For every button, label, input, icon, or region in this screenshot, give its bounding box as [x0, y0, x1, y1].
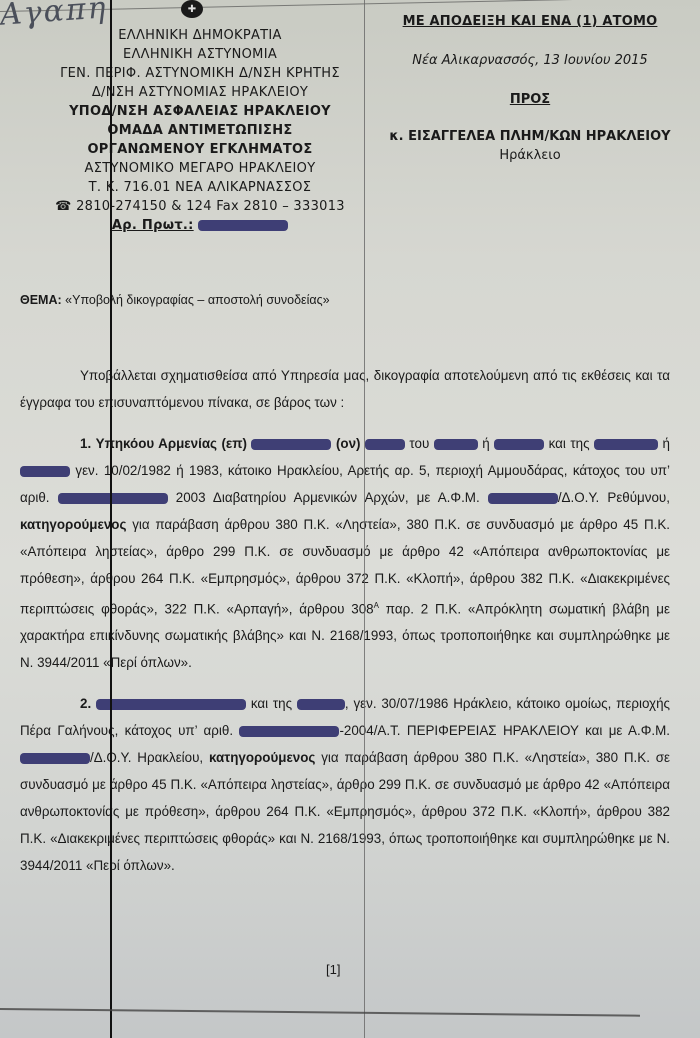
redaction-mark — [58, 493, 168, 504]
redaction-mark — [494, 439, 544, 450]
accused-item-1: 1. Υπηκόου Αρμενίας (επ) (ον) του ή και … — [20, 430, 670, 676]
phone-line: ☎ 2810-274150 & 124 Fax 2810 – 333013 — [40, 197, 360, 216]
delivery-notice: ΜΕ ΑΠΟΔΕΙΞΗ ΚΑΙ ΕΝΑ (1) ΑΤΟΜΟ — [380, 14, 680, 29]
document-date: Νέα Αλικαρνασσός, 13 Ιουνίου 2015 — [380, 53, 680, 68]
redaction-mark — [365, 439, 405, 450]
redaction-mark — [251, 439, 331, 450]
superscript: Α — [374, 601, 379, 610]
greek-coat-of-arms-icon: ✚ — [181, 0, 203, 18]
subject-text: «Υποβολή δικογραφίας – αποστολή συνοδεία… — [65, 293, 329, 307]
address-line: ΑΣΤΥΝΟΜΙΚΟ ΜΕΓΑΡΟ ΗΡΑΚΛΕΙΟΥ — [40, 159, 360, 178]
authority-line: ΓΕΝ. ΠΕΡΙΦ. ΑΣΤΥΝΟΜΙΚΗ Δ/ΝΣΗ ΚΡΗΤΗΣ — [40, 64, 360, 83]
page-number: [1] — [326, 962, 340, 977]
subject-label: ΘΕΜΑ: — [20, 293, 62, 307]
phone-icon: ☎ — [55, 199, 72, 214]
authority-line: ΕΛΛΗΝΙΚΗ ΑΣΤΥΝΟΜΙΑ — [40, 45, 360, 64]
item-text: 2003 Διαβατηρίου Αρμενικών Αρχών, με Α.Φ… — [176, 490, 480, 505]
subject-line: ΘΕΜΑ: «Υποβολή δικογραφίας – αποστολή συ… — [20, 293, 330, 307]
fold-line — [110, 0, 112, 1038]
redaction-mark — [434, 439, 478, 450]
item-text: (ον) — [336, 436, 361, 451]
item-text: για παράβαση άρθρου 380 Π.Κ. «Ληστεία», … — [20, 750, 670, 873]
protocol-number: Αρ. Πρωτ.: — [40, 216, 360, 235]
authority-line-bold: ΟΡΓΑΝΩΜΕΝΟΥ ΕΓΚΛΗΜΑΤΟΣ — [40, 140, 360, 159]
phone-numbers: 2810-274150 & 124 Fax 2810 – 333013 — [76, 199, 345, 214]
redaction-mark — [96, 699, 246, 710]
recipient-header: ΜΕ ΑΠΟΔΕΙΞΗ ΚΑΙ ΕΝΑ (1) ΑΤΟΜΟ Νέα Αλικαρ… — [380, 14, 680, 163]
item-text: του — [409, 436, 429, 451]
recipient-city: Ηράκλειο — [380, 148, 680, 163]
authority-line-bold: ΥΠΟΔ/ΝΣΗ ΑΣΦΑΛΕΙΑΣ ΗΡΑΚΛΕΙΟΥ — [40, 102, 360, 121]
fold-line — [364, 0, 365, 1038]
item-text: και της — [549, 436, 590, 451]
item-text: ή — [482, 436, 489, 451]
intro-paragraph: Υποβάλλεται σχηματισθείσα από Υπηρεσία μ… — [20, 362, 670, 416]
accused-item-2: 2. και της , γεν. 30/07/1986 Ηράκλειο, κ… — [20, 690, 670, 879]
scanned-document-page: Αγαπη ✚ ΕΛΛΗΝΙΚΗ ΔΗΜΟΚΡΑΤΙΑ ΕΛΛΗΝΙΚΗ ΑΣΤ… — [0, 0, 700, 1038]
authority-line-bold: ΟΜΑΔΑ ΑΝΤΙΜΕΤΩΠΙΣΗΣ — [40, 121, 360, 140]
item-text: και της — [251, 696, 292, 711]
item-text: -2004/Α.Τ. ΠΕΡΙΦΕΡΕΙΑΣ ΗΡΑΚΛΕΙΟΥ και με … — [339, 723, 670, 738]
item-text: /Δ.Ο.Υ. Ρεθύμνου, — [558, 490, 670, 505]
item-number: 1. — [80, 436, 91, 451]
item-text: ή — [662, 436, 669, 451]
redaction-mark — [20, 466, 70, 477]
address-line: Τ. Κ. 716.01 ΝΕΑ ΑΛΙΚΑΡΝΑΣΣΟΣ — [40, 178, 360, 197]
redaction-mark — [239, 726, 339, 737]
fold-line — [0, 1008, 640, 1017]
redaction-mark — [297, 699, 345, 710]
redaction-mark — [594, 439, 658, 450]
to-label: ΠΡΟΣ — [380, 92, 680, 107]
issuing-authority-header: ΕΛΛΗΝΙΚΗ ΔΗΜΟΚΡΑΤΙΑ ΕΛΛΗΝΙΚΗ ΑΣΤΥΝΟΜΙΑ Γ… — [40, 26, 360, 235]
recipient: κ. ΕΙΣΑΓΓΕΛΕΑ ΠΛΗΜ/ΚΩΝ ΗΡΑΚΛΕΙΟΥ — [380, 129, 680, 144]
item-lead: Υπηκόου Αρμενίας (επ) — [96, 436, 247, 451]
item-number: 2. — [80, 696, 91, 711]
item-text: /Δ.Ο.Υ. Ηρακλείου, — [90, 750, 203, 765]
document-body: Υποβάλλεται σχηματισθείσα από Υπηρεσία μ… — [20, 362, 670, 879]
redaction-mark — [198, 220, 288, 231]
redaction-mark — [20, 753, 90, 764]
redaction-mark — [488, 493, 558, 504]
authority-line: Δ/ΝΣΗ ΑΣΤΥΝΟΜΙΑΣ ΗΡΑΚΛΕΙΟΥ — [40, 83, 360, 102]
protocol-label: Αρ. Πρωτ.: — [112, 218, 194, 233]
authority-line: ΕΛΛΗΝΙΚΗ ΔΗΜΟΚΡΑΤΙΑ — [40, 26, 360, 45]
accused-label: κατηγορούμενος — [209, 750, 315, 765]
